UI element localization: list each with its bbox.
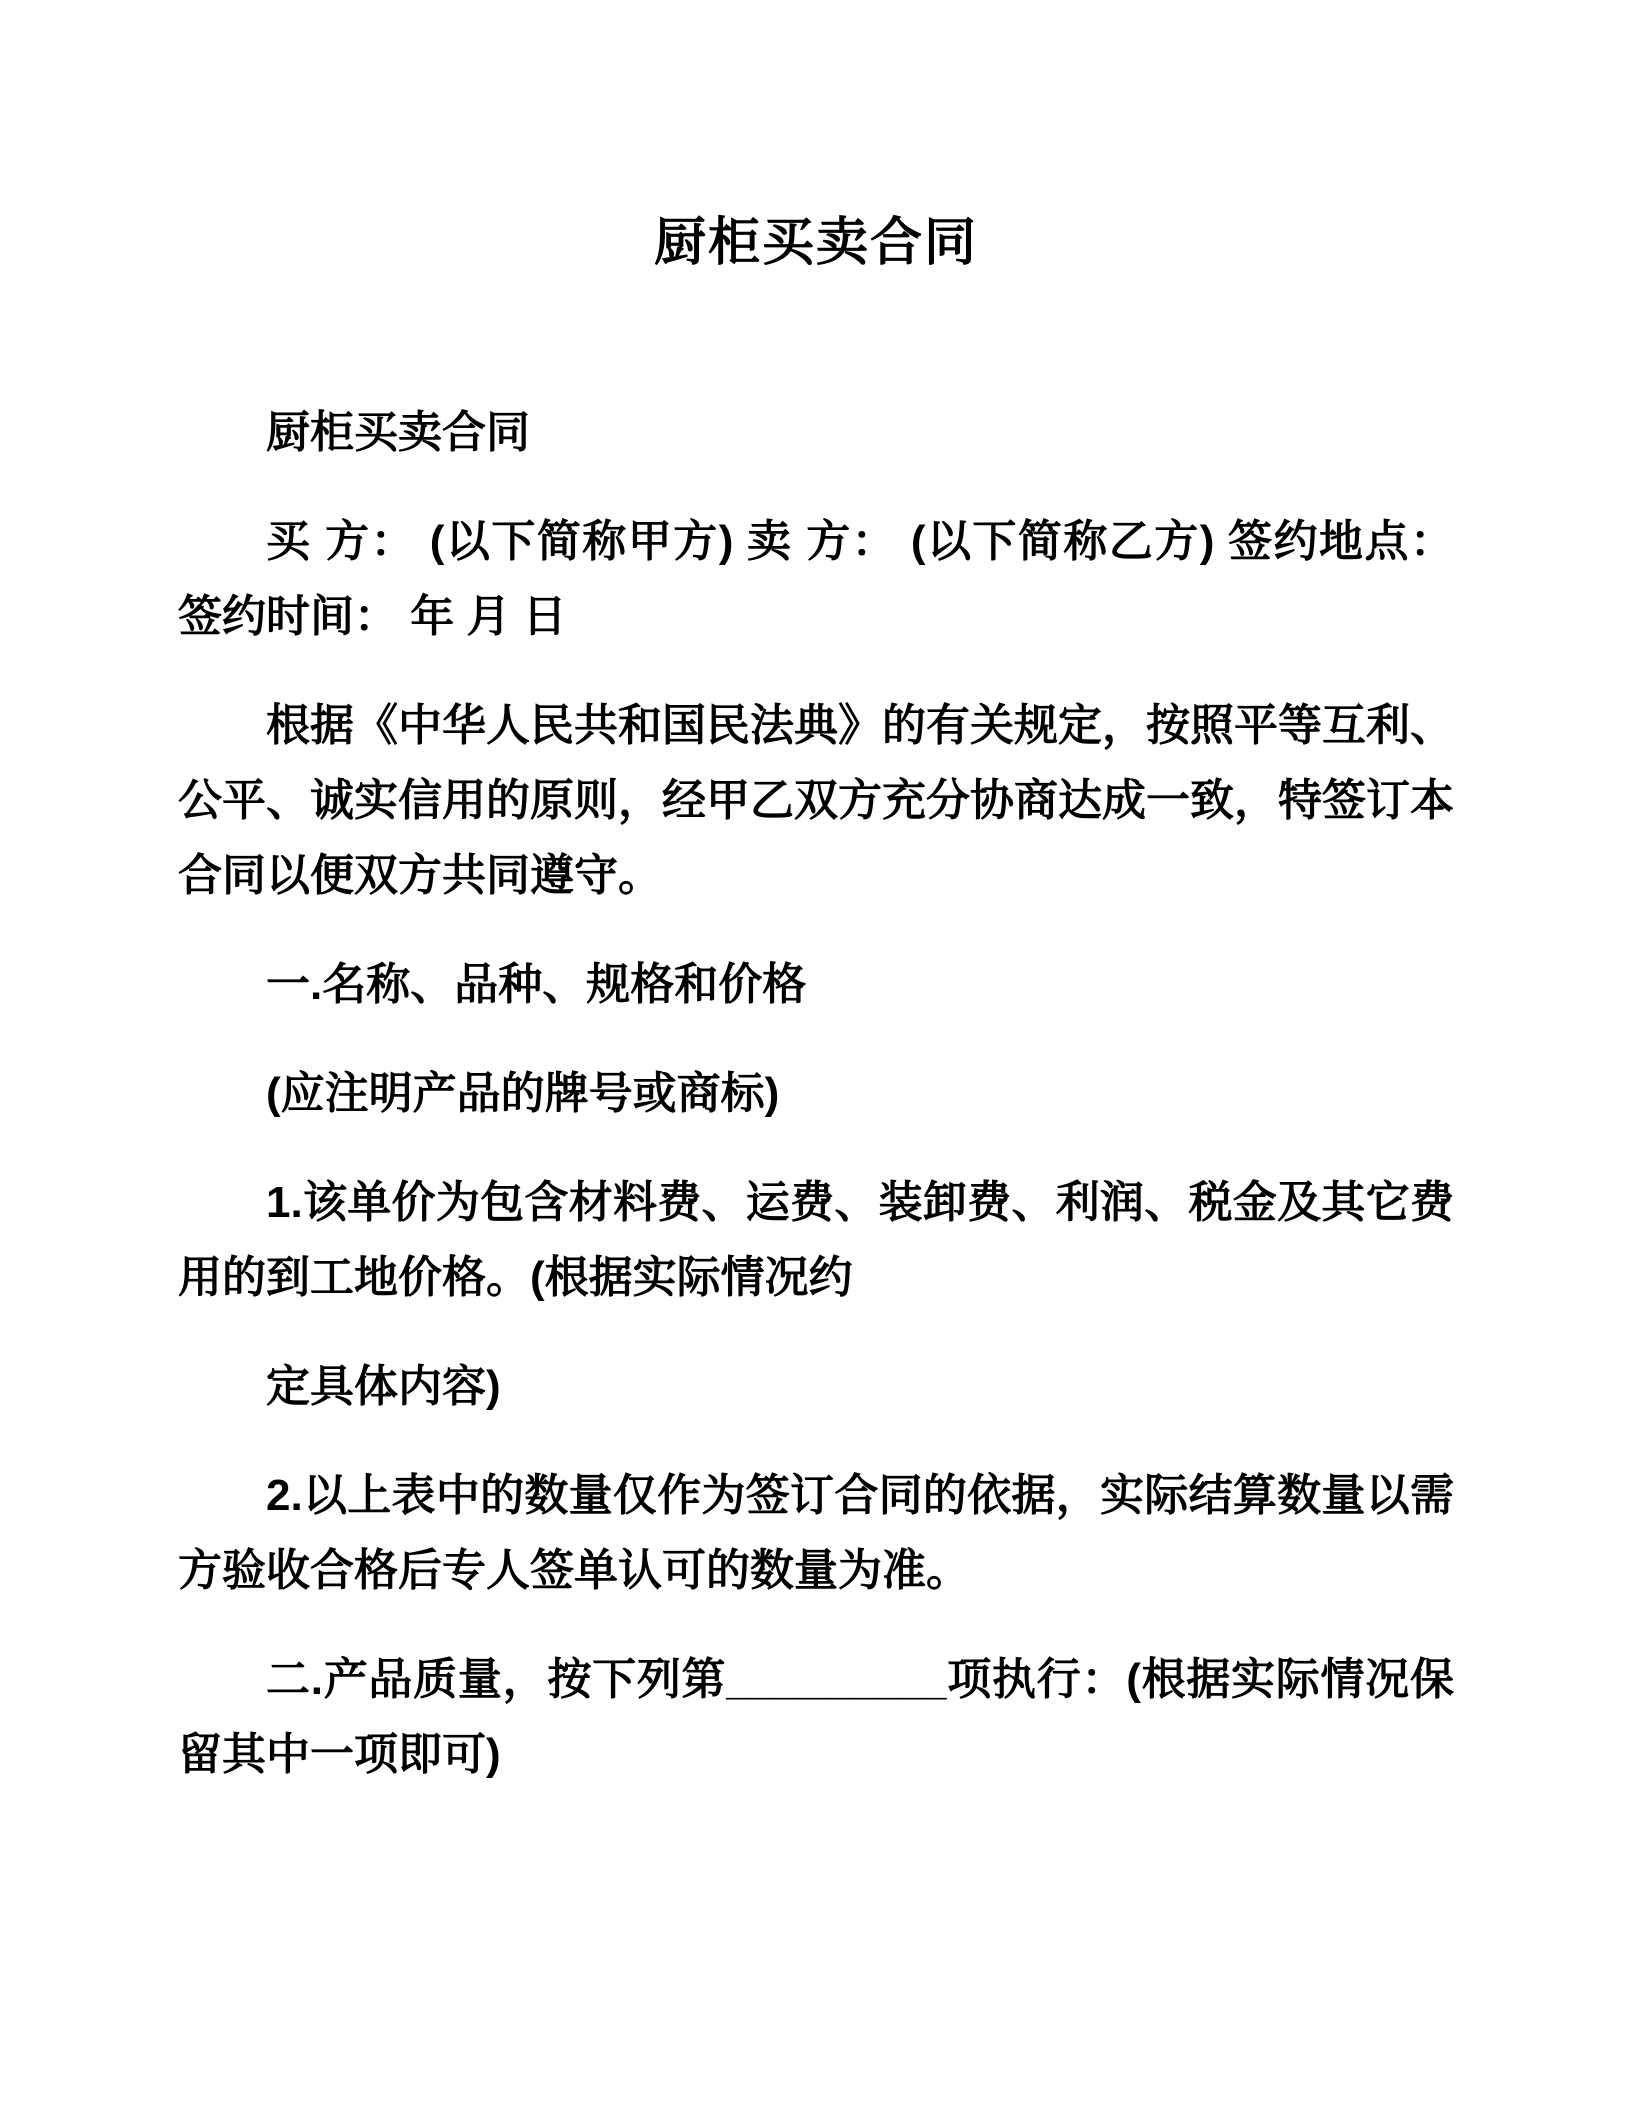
paragraph-clause-2: 2.以上表中的数量仅作为签订合同的依据，实际结算数量以需方验收合格后专人签单认可… bbox=[178, 1458, 1454, 1608]
paragraph-parties: 买 方： (以下简称甲方) 卖 方： (以下简称乙方) 签约地点： 签约时间： … bbox=[178, 504, 1454, 654]
paragraph-section-2-heading: 二.产品质量，按下列第_________项执行：(根据实际情况保留其中一项即可) bbox=[178, 1642, 1454, 1792]
paragraph-subtitle: 厨柜买卖合同 bbox=[178, 395, 1454, 470]
paragraph-section-1-heading: 一.名称、品种、规格和价格 bbox=[178, 947, 1454, 1022]
paragraph-clause-1-continued: 定具体内容) bbox=[178, 1349, 1454, 1424]
paragraph-preamble: 根据《中华人民共和国民法典》的有关规定，按照平等互利、公平、诚实信用的原则，经甲… bbox=[178, 688, 1454, 913]
document-page: 厨柜买卖合同 厨柜买卖合同 买 方： (以下简称甲方) 卖 方： (以下简称乙方… bbox=[0, 0, 1632, 2112]
paragraph-clause-1: 1.该单价为包含材料费、运费、装卸费、利润、税金及其它费用的到工地价格。(根据实… bbox=[178, 1165, 1454, 1315]
document-title: 厨柜买卖合同 bbox=[178, 200, 1454, 275]
paragraph-section-1-note: (应注明产品的牌号或商标) bbox=[178, 1056, 1454, 1131]
